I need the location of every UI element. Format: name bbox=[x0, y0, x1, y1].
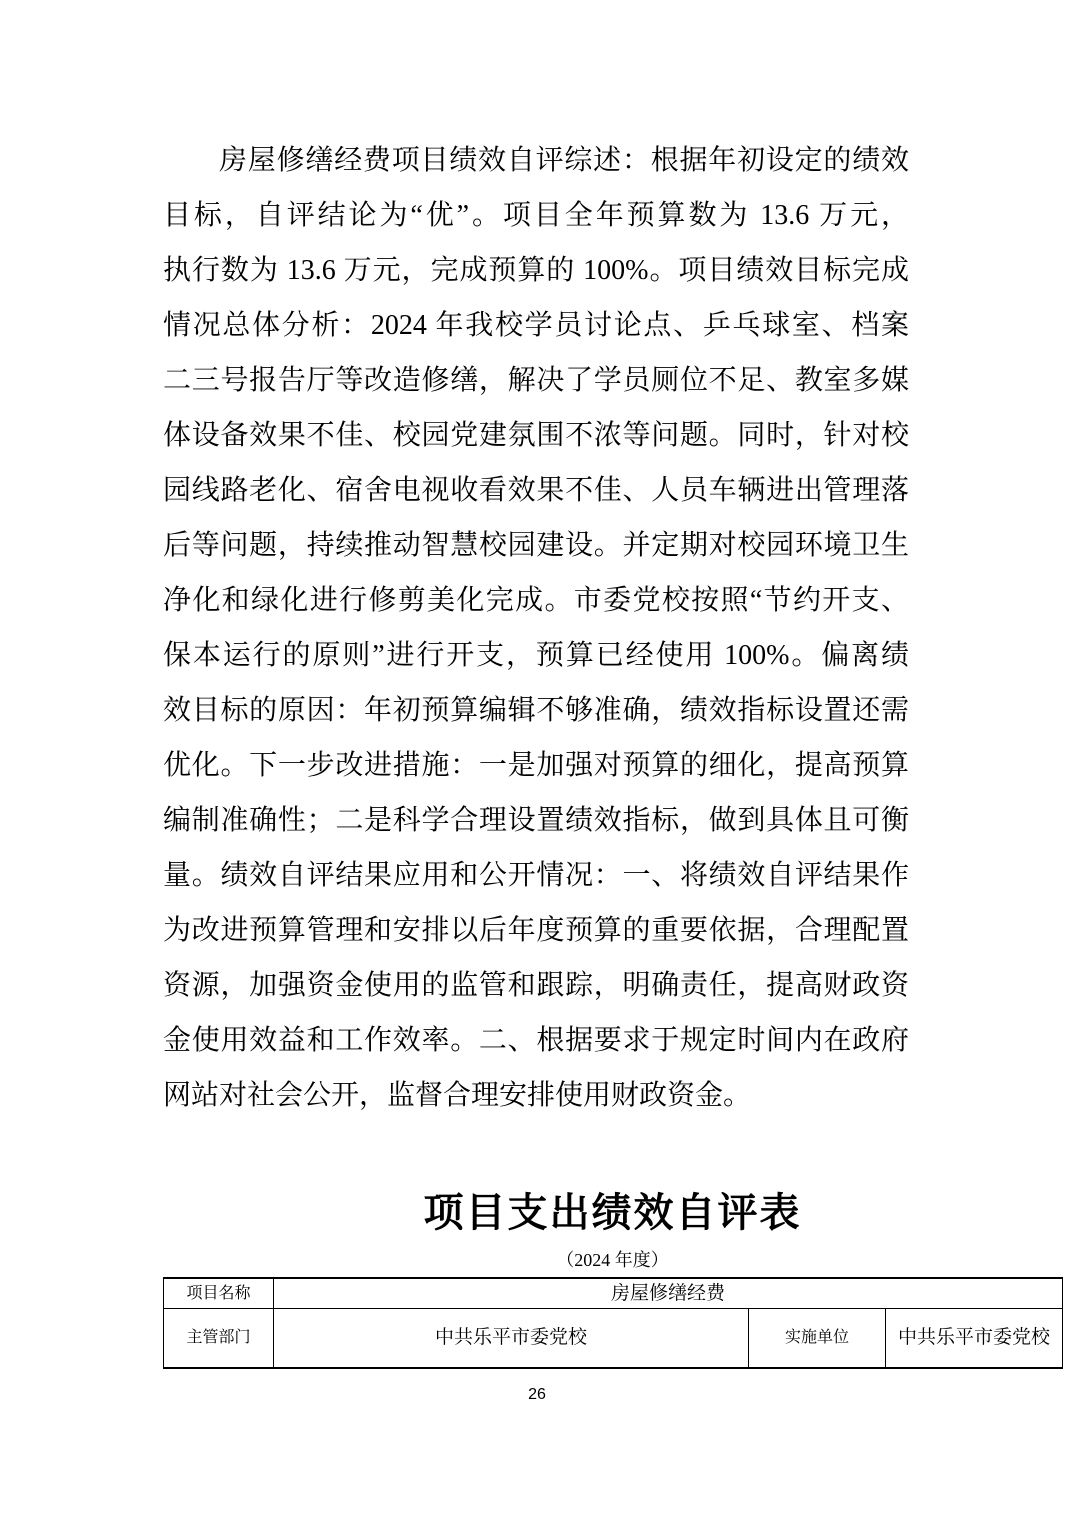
self-eval-table: 项目名称 房屋修缮经费 主管部门 中共乐平市委党校 实施单位 中共乐平市委党校 bbox=[163, 1277, 1063, 1369]
paragraph-line: 后等问题，持续推动智慧校园建设。并定期对校园环境卫生 bbox=[163, 518, 909, 573]
paragraph-line: 净化和绿化进行修剪美化完成。市委党校按照“节约开支、 bbox=[163, 573, 909, 628]
section-title: 项目支出绩效自评表 bbox=[163, 1190, 1062, 1236]
paragraph-line: 体设备效果不佳、校园党建氛围不浓等问题。同时，针对校 bbox=[163, 408, 909, 463]
paragraph-line: 保本运行的原则”进行开支，预算已经使用 100%。偏离绩 bbox=[163, 628, 909, 683]
paragraph-line: 目标，自评结论为“优”。项目全年预算数为 13.6 万元， bbox=[163, 188, 909, 243]
section-subtitle: （2024 年度） bbox=[163, 1248, 1062, 1272]
paragraph-line: 量。绩效自评结果应用和公开情况：一、将绩效自评结果作 bbox=[163, 848, 909, 903]
table-row: 项目名称 房屋修缮经费 bbox=[164, 1278, 1063, 1309]
paragraph-line: 网站对社会公开，监督合理安排使用财政资金。 bbox=[163, 1068, 909, 1123]
page-number: 26 bbox=[0, 1385, 1074, 1405]
project-name-label: 项目名称 bbox=[164, 1278, 274, 1309]
paragraph-line: 园线路老化、宿舍电视收看效果不佳、人员车辆进出管理落 bbox=[163, 463, 909, 518]
paragraph-line: 优化。下一步改进措施：一是加强对预算的细化，提高预算 bbox=[163, 738, 909, 793]
paragraph-line: 情况总体分析：2024 年我校学员讨论点、乒乓球室、档案室、 bbox=[163, 298, 909, 353]
implementing-unit-value: 中共乐平市委党校 bbox=[886, 1309, 1063, 1369]
paragraph-line: 资源，加强资金使用的监管和跟踪，明确责任，提高财政资 bbox=[163, 958, 909, 1013]
paragraph-line: 编制准确性；二是科学合理设置绩效指标，做到具体且可衡 bbox=[163, 793, 909, 848]
document-page: 房屋修缮经费项目绩效自评综述：根据年初设定的绩效 目标，自评结论为“优”。项目全… bbox=[0, 0, 1074, 1520]
supervising-dept-value: 中共乐平市委党校 bbox=[274, 1309, 749, 1369]
table-row: 主管部门 中共乐平市委党校 实施单位 中共乐平市委党校 bbox=[164, 1309, 1063, 1369]
project-name-value: 房屋修缮经费 bbox=[274, 1278, 1063, 1309]
paragraph-line: 为改进预算管理和安排以后年度预算的重要依据，合理配置 bbox=[163, 903, 909, 958]
implementing-unit-label: 实施单位 bbox=[749, 1309, 886, 1369]
supervising-dept-label: 主管部门 bbox=[164, 1309, 274, 1369]
paragraph-line: 执行数为 13.6 万元，完成预算的 100%。项目绩效目标完成 bbox=[163, 243, 909, 298]
self-eval-summary-paragraph: 房屋修缮经费项目绩效自评综述：根据年初设定的绩效 目标，自评结论为“优”。项目全… bbox=[163, 133, 909, 1123]
paragraph-line: 二三号报告厅等改造修缮，解决了学员厕位不足、教室多媒 bbox=[163, 353, 909, 408]
self-eval-table-section: 项目支出绩效自评表 （2024 年度） 项目名称 房屋修缮经费 主管部门 中共乐… bbox=[163, 1190, 1062, 1369]
paragraph-line: 房屋修缮经费项目绩效自评综述：根据年初设定的绩效 bbox=[163, 133, 909, 188]
paragraph-line: 效目标的原因：年初预算编辑不够准确，绩效指标设置还需 bbox=[163, 683, 909, 738]
paragraph-line: 金使用效益和工作效率。二、根据要求于规定时间内在政府 bbox=[163, 1013, 909, 1068]
